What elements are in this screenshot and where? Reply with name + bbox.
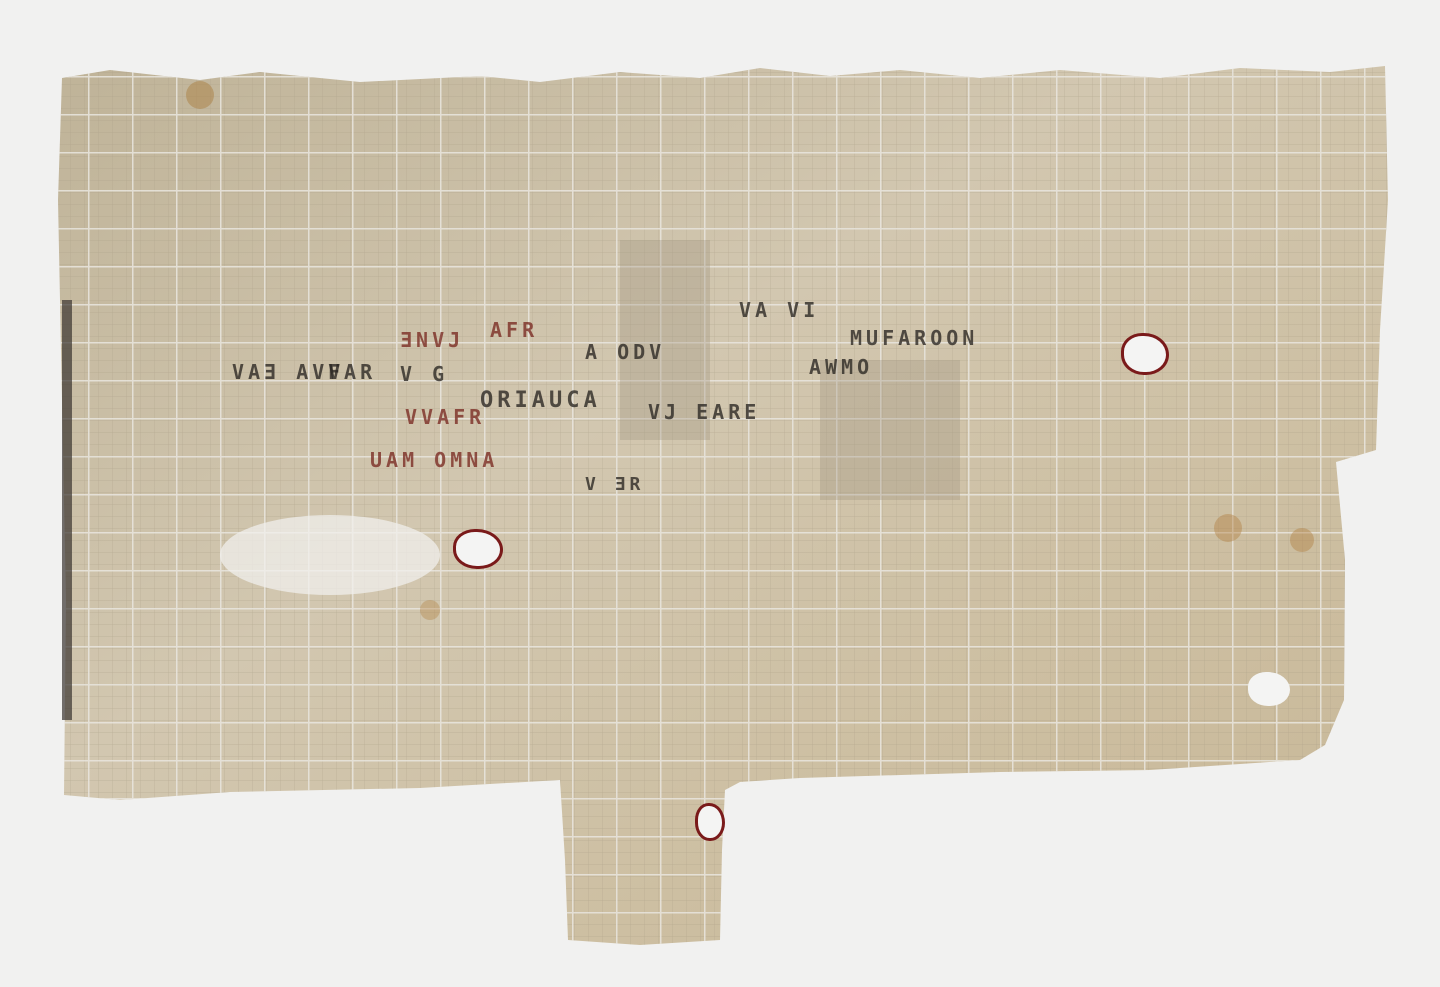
stencil-fragment: MUFAROON — [850, 326, 978, 350]
stencil-fragment: V G — [400, 362, 448, 386]
stencil-fragment: V ƎR — [585, 474, 644, 495]
hole — [698, 806, 722, 838]
hole — [456, 532, 500, 566]
stencil-fragment: IV AV — [735, 298, 815, 322]
stencil-fragment: VVA EAV — [228, 360, 340, 384]
hole — [1124, 336, 1166, 372]
artwork-photo: VVA EAVFARƎNVJAFRV GORIAUCAVVAFRUAM OMNA… — [0, 0, 1440, 987]
stencil-fragment: ORIAUCA — [480, 388, 601, 413]
stencil-fragment: FAR — [328, 360, 376, 384]
hole — [1248, 672, 1290, 706]
stencil-fragment: OMWA — [805, 355, 869, 379]
textile-shape — [0, 0, 1440, 987]
stencil-fragment: VVAFR — [405, 405, 485, 429]
stencil-fragment: VJ EARE — [648, 400, 760, 424]
stencil-fragment: ƎNVJ — [400, 328, 464, 352]
stencil-fragment: UAM OMNA — [370, 448, 498, 472]
newsprint-patch — [820, 360, 960, 500]
stencil-fragment: AFR — [490, 318, 538, 342]
stencil-fragment: A ODV — [585, 340, 665, 364]
